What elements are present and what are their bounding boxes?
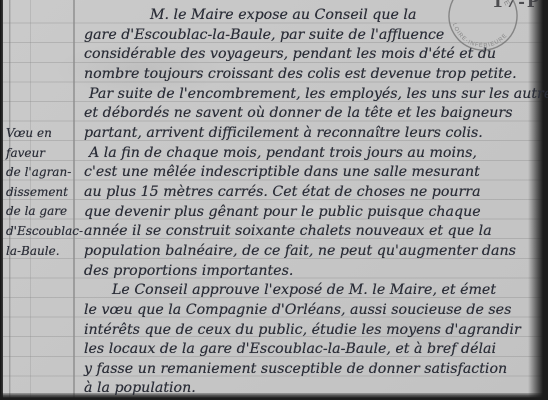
body-line: nombre toujours croissant des colis est … xyxy=(84,65,536,85)
binding-edge xyxy=(0,0,3,400)
margin-note-line: Vœu en xyxy=(6,124,74,144)
margin-note-line: d'Escoublac- xyxy=(6,222,74,242)
body-line: et débordés ne savent où donner de la tê… xyxy=(84,104,536,124)
body-line: au plus 15 mètres carrés. Cet état de ch… xyxy=(84,183,536,203)
body-text: M. le Maire expose au Conseil que la gar… xyxy=(84,6,536,399)
margin-note-line: de l'agran- xyxy=(6,163,74,183)
scanned-register-page: 17-P FRANÇAISE LOIRE-INFÉRIEURE Vœu en f… xyxy=(0,0,548,400)
body-line: intérêts que de ceux du public, étudie l… xyxy=(84,321,536,341)
margin-note: Vœu en faveur de l'agran- dissement de l… xyxy=(6,124,74,261)
body-line: M. le Maire expose au Conseil que la xyxy=(84,6,536,26)
body-line: partant, arrivent difficilement à reconn… xyxy=(84,124,536,144)
margin-note-line: la-Baule. xyxy=(6,242,74,262)
body-line: année il se construit soixante chalets n… xyxy=(84,222,536,242)
body-line: c'est une mêlée indescriptible dans une … xyxy=(84,163,536,183)
body-line: population balnéaire, de ce fait, ne peu… xyxy=(84,242,536,262)
margin-note-line: de la gare xyxy=(6,202,74,222)
body-line: A la fin de chaque mois, pendant trois j… xyxy=(84,144,536,164)
margin-note-line: faveur xyxy=(6,144,74,164)
body-line: y fasse un remaniement susceptible de do… xyxy=(84,360,536,380)
body-line: le vœu que la Compagnie d'Orléans, aussi… xyxy=(84,301,536,321)
body-line: que devenir plus gênant pour le public p… xyxy=(84,203,536,223)
body-line: des proportions importantes. xyxy=(84,262,536,282)
body-line: les locaux de la gare d'Escoublac-la-Bau… xyxy=(84,340,536,360)
body-line: considérable des voyageurs, pendant les … xyxy=(84,45,536,65)
margin-note-line: dissement xyxy=(6,183,74,203)
body-line: Le Conseil approuve l'exposé de M. le Ma… xyxy=(84,281,536,301)
body-line: Par suite de l'encombrement, les employé… xyxy=(84,85,536,105)
body-line: à la population. xyxy=(84,379,536,399)
body-line: gare d'Escoublac-la-Baule, par suite de … xyxy=(84,26,536,46)
